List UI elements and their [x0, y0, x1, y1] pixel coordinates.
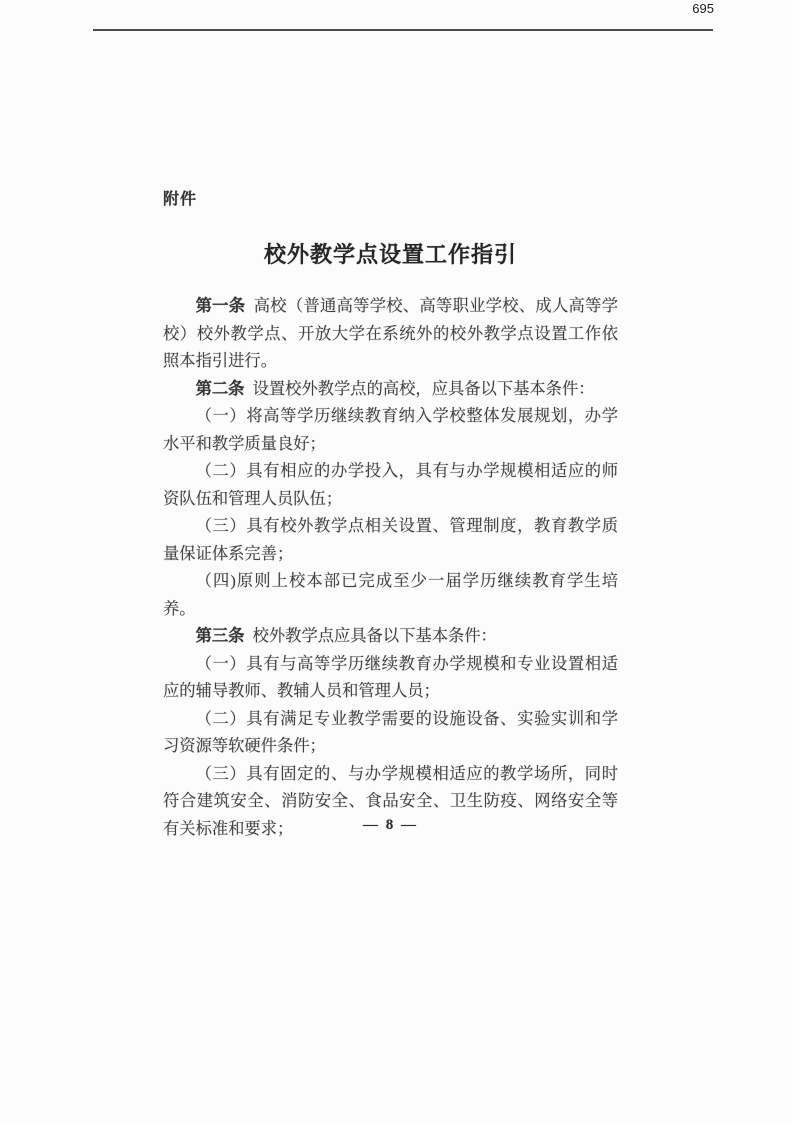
header-rule [93, 29, 713, 31]
paragraph: （三）具有校外教学点相关设置、管理制度，教育教学质量保证体系完善； [163, 512, 618, 567]
article-number: 第一条 [196, 296, 246, 315]
document-title: 校外教学点设置工作指引 [163, 238, 618, 269]
paragraph: （一）具有与高等学历继续教育办学规模和专业设置相适应的辅导教师、教辅人员和管理人… [163, 650, 618, 705]
paragraph: （一）将高等学历继续教育纳入学校整体发展规划，办学水平和教学质量良好； [163, 402, 618, 457]
footer-page-number: — 8 — [163, 817, 618, 834]
page-corner-number: 695 [692, 1, 714, 16]
paragraph: （二）具有满足专业教学需要的设施设备、实验实训和学习资源等软硬件条件； [163, 705, 618, 760]
document-page: 695 附件 校外教学点设置工作指引 第一条 高校（普通高等学校、高等职业学校、… [0, 0, 793, 1122]
article-number: 第三条 [196, 626, 245, 645]
attachment-label: 附件 [163, 186, 197, 209]
paragraph: （二）具有相应的办学投入，具有与办学规模相适应的师资队伍和管理人员队伍； [163, 457, 618, 512]
paragraph: 第三条 校外教学点应具备以下基本条件： [163, 622, 618, 650]
paragraph: 第一条 高校（普通高等学校、高等职业学校、成人高等学校）校外教学点、开放大学在系… [163, 292, 618, 375]
article-number: 第二条 [196, 379, 245, 398]
document-body: 第一条 高校（普通高等学校、高等职业学校、成人高等学校）校外教学点、开放大学在系… [163, 292, 618, 842]
paragraph: （四)原则上校本部已完成至少一届学历继续教育学生培养。 [163, 567, 618, 622]
paragraph: 第二条 设置校外教学点的高校，应具备以下基本条件： [163, 375, 618, 403]
